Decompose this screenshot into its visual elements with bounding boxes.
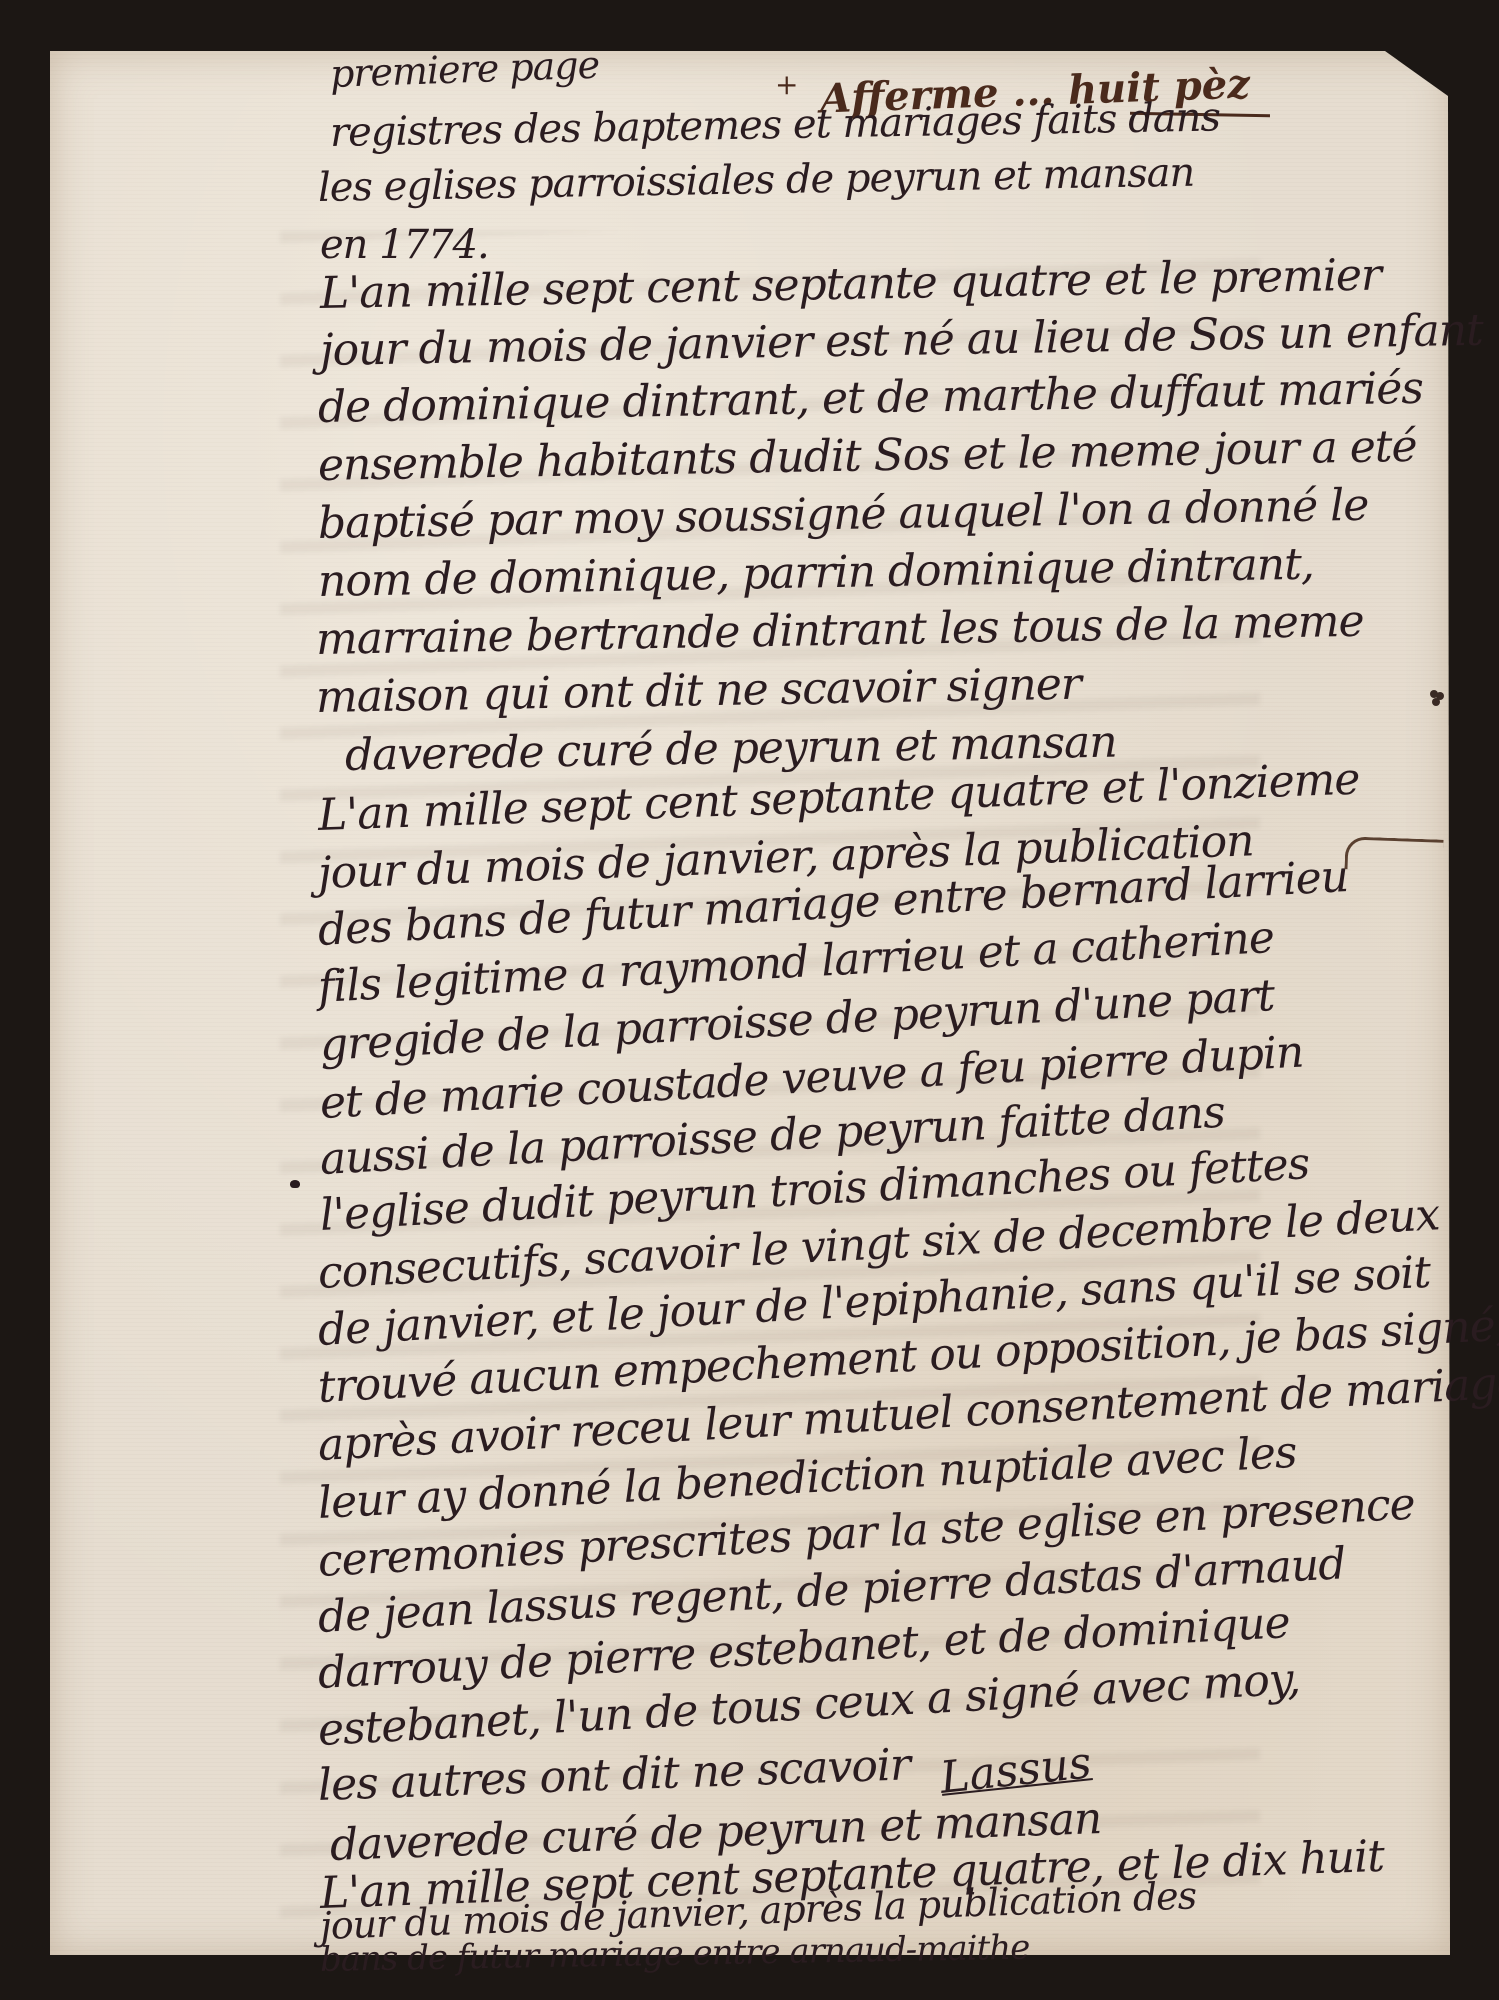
cross-mark-icon: + bbox=[775, 68, 798, 101]
page-label: premiere page bbox=[329, 43, 600, 96]
margin-ink-specks bbox=[1430, 690, 1438, 698]
margin-hook-mark bbox=[1344, 836, 1443, 872]
header-line-3: en 1774. bbox=[320, 222, 489, 268]
margin-ink-dot bbox=[290, 1180, 300, 1188]
